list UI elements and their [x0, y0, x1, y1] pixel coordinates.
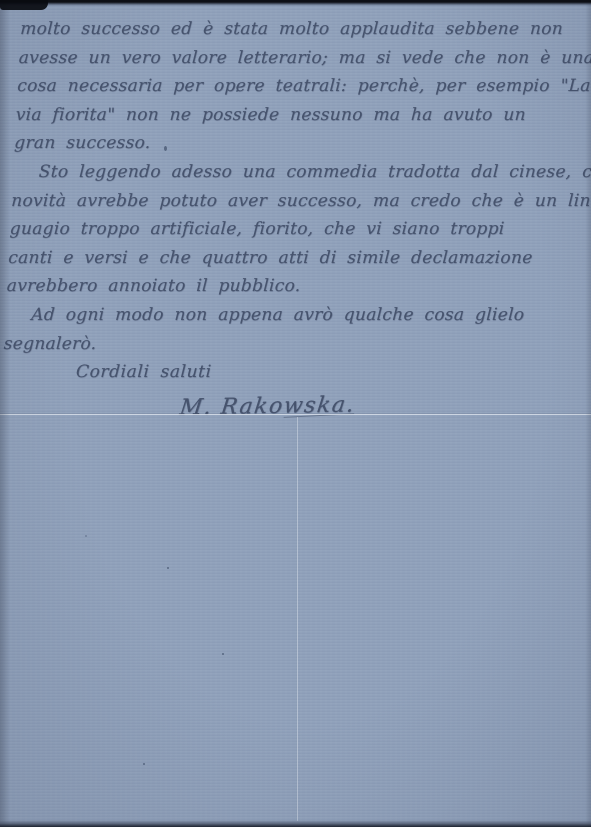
horizontal-fold-crease	[0, 413, 591, 415]
letter-line: molto successo ed è stata molto applaudi…	[20, 15, 581, 44]
letter-line: Ad ogni modo non appena avrò qualche cos…	[5, 301, 566, 330]
scan-edge-top	[0, 0, 591, 6]
letter-body: molto successo ed è stata molto applaudi…	[3, 15, 581, 358]
letter-line: guagio troppo artificiale, fiorito, che …	[9, 215, 570, 244]
scan-edge-right	[585, 0, 591, 827]
letter-line: cosa necessaria per opere teatrali: perc…	[17, 72, 578, 101]
vertical-fold-crease	[297, 417, 298, 821]
letter-line: avesse un vero valore letterario; ma si …	[18, 44, 579, 73]
ink-speck	[236, 90, 238, 92]
ink-speck	[222, 653, 224, 655]
ink-speck	[167, 567, 169, 569]
letter-page: molto successo ed è stata molto applaudi…	[0, 0, 591, 827]
letter-line: canti e versi e che quattro atti di simi…	[8, 244, 569, 273]
letter-line: gran successo.	[14, 129, 575, 158]
scan-edge-corner	[0, 0, 48, 10]
letter-line: segnalerò.	[3, 330, 564, 359]
ink-speck	[85, 535, 87, 537]
scan-edge-bottom	[0, 820, 591, 827]
letter-line: via fiorita" non ne possiede nessuno ma …	[15, 101, 576, 130]
letter-signature: M. Rakowska.	[178, 392, 356, 420]
letter-closing: Cordiali saluti	[75, 362, 212, 382]
scan-edge-left	[0, 0, 10, 827]
letter-line: Sto leggendo adesso una commedia tradott…	[12, 158, 573, 187]
ink-speck	[143, 763, 145, 765]
letter-line: avrebbero annoiato il pubblico.	[6, 272, 567, 301]
letter-line: novità avrebbe potuto aver successo, ma …	[11, 187, 572, 216]
ink-speck	[164, 146, 167, 151]
